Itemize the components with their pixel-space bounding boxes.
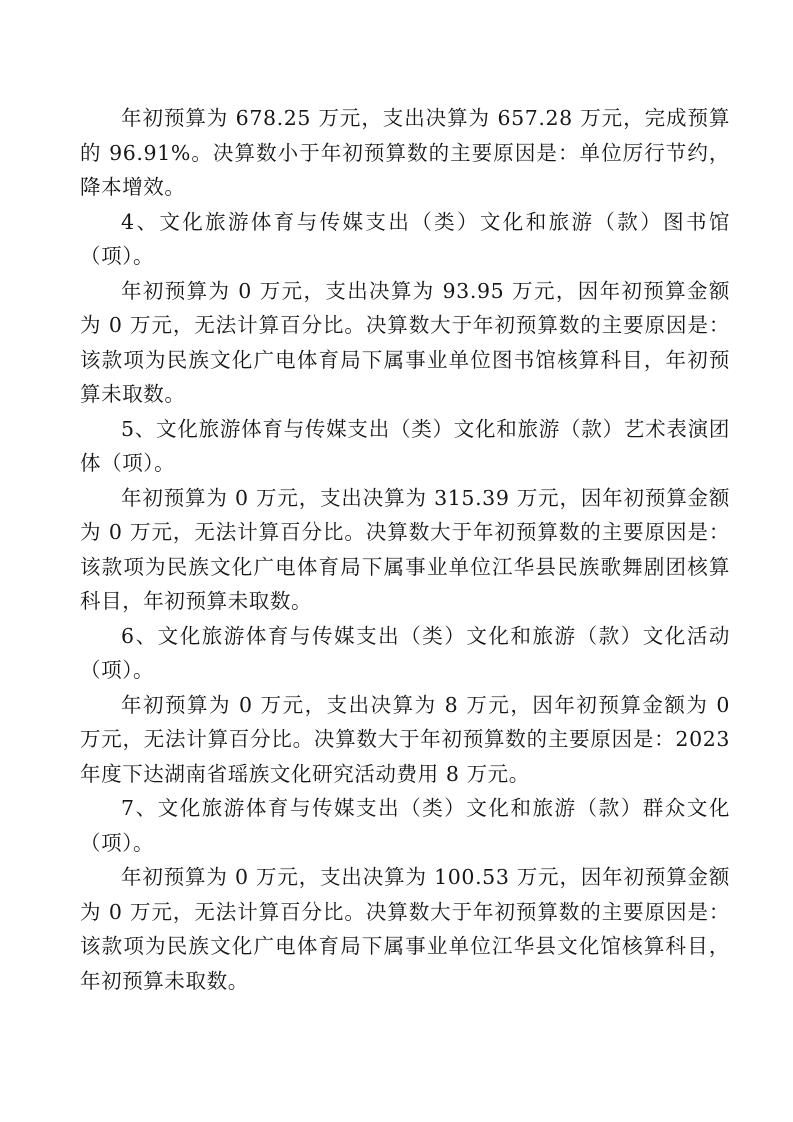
paragraph-8: 7、文化旅游体育与传媒支出（类）文化和旅游（款）群众文化（项）。 <box>80 791 730 860</box>
document-page: 年初预算为 678.25 万元，支出决算为 657.28 万元，完成预算的 96… <box>0 0 793 1122</box>
paragraph-5: 年初预算为 0 万元，支出决算为 315.39 万元，因年初预算金额为 0 万元… <box>80 481 730 619</box>
paragraph-1: 年初预算为 678.25 万元，支出决算为 657.28 万元，完成预算的 96… <box>80 101 730 205</box>
paragraph-9: 年初预算为 0 万元，支出决算为 100.53 万元，因年初预算金额为 0 万元… <box>80 860 730 998</box>
paragraph-4: 5、文化旅游体育与传媒支出（类）文化和旅游（款）艺术表演团体（项）。 <box>80 412 730 481</box>
paragraph-7: 年初预算为 0 万元，支出决算为 8 万元，因年初预算金额为 0 万元，无法计算… <box>80 688 730 792</box>
paragraph-6: 6、文化旅游体育与传媒支出（类）文化和旅游（款）文化活动（项）。 <box>80 619 730 688</box>
document-body: 年初预算为 678.25 万元，支出决算为 657.28 万元，完成预算的 96… <box>80 101 730 998</box>
paragraph-3: 年初预算为 0 万元，支出决算为 93.95 万元，因年初预算金额为 0 万元，… <box>80 274 730 412</box>
paragraph-2: 4、文化旅游体育与传媒支出（类）文化和旅游（款）图书馆（项）。 <box>80 205 730 274</box>
